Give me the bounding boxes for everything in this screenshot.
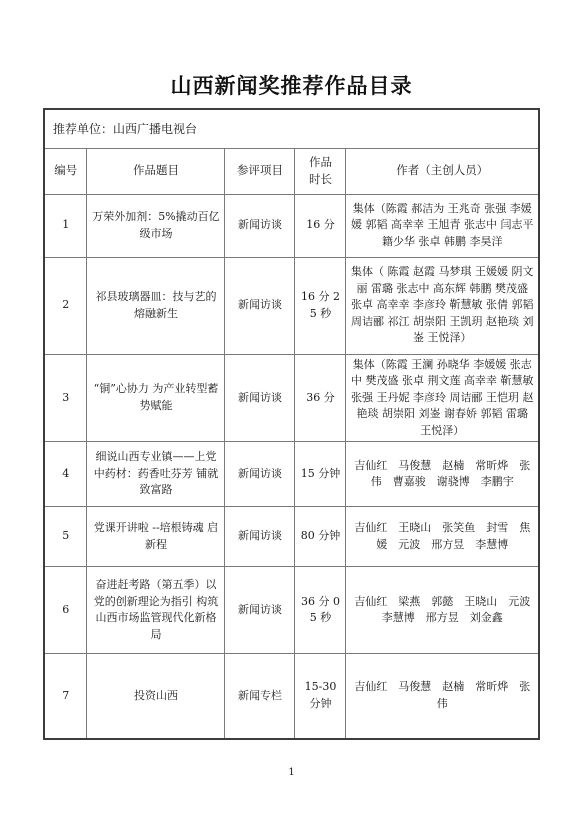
page-title: 山西新闻奖推荐作品目录 xyxy=(0,0,583,97)
table-row: 7 投资山西 新闻专栏 15-30 分钟 吉仙红 马俊慧 赵楠 常昕烨 张伟 xyxy=(44,654,539,739)
column-header-title: 作品题目 xyxy=(87,148,225,194)
cell-category: 新闻访谈 xyxy=(225,354,295,442)
table-header-row: 编号 作品题目 参评项目 作品 时长 作者（主创人员） xyxy=(44,148,539,194)
table-row: 5 党课开讲啦 --培根铸魂 启新程 新闻访谈 80 分钟 吉仙红 王晓山 张笑… xyxy=(44,507,539,567)
page-number: 1 xyxy=(0,767,583,778)
cell-duration: 15 分钟 xyxy=(295,442,346,507)
recommending-unit-label: 推荐单位：山西广播电视台 xyxy=(44,109,539,148)
cell-work-title: 投资山西 xyxy=(87,654,225,739)
cell-duration: 15-30 分钟 xyxy=(295,654,346,739)
column-header-duration: 作品 时长 xyxy=(295,148,346,194)
cell-category: 新闻访谈 xyxy=(225,507,295,567)
table-row: 2 祁县玻璃器皿：技与艺的熔融新生 新闻访谈 16 分 25 秒 集体（ 陈霞 … xyxy=(44,257,539,354)
cell-category: 新闻访谈 xyxy=(225,567,295,654)
cell-authors: 吉仙红 马俊慧 赵楠 常昕烨 张伟 xyxy=(346,654,539,739)
cell-duration: 16 分 25 秒 xyxy=(295,257,346,354)
cell-no: 1 xyxy=(44,194,87,257)
cell-work-title: 祁县玻璃器皿：技与艺的熔融新生 xyxy=(87,257,225,354)
cell-category: 新闻访谈 xyxy=(225,257,295,354)
cell-work-title: 奋进赶考路（第五季）以党的创新理论为指引 构筑山西市场监管现代化新格局 xyxy=(87,567,225,654)
recommending-unit-row: 推荐单位：山西广播电视台 xyxy=(44,109,539,148)
column-header-authors: 作者（主创人员） xyxy=(346,148,539,194)
cell-no: 2 xyxy=(44,257,87,354)
cell-no: 6 xyxy=(44,567,87,654)
cell-work-title: “铜”心协力 为产业转型蓄势赋能 xyxy=(87,354,225,442)
cell-no: 3 xyxy=(44,354,87,442)
cell-authors: 集体（陈霞 郝洁为 王兆奇 张强 李媛媛 郭韬 高幸幸 王旭青 张志中 闫志平 … xyxy=(346,194,539,257)
cell-duration: 36 分 xyxy=(295,354,346,442)
cell-authors: 吉仙红 王晓山 张笑鱼 封雪 焦媛 元波 邢方昱 李慧博 xyxy=(346,507,539,567)
cell-duration: 36 分 05 秒 xyxy=(295,567,346,654)
cell-no: 7 xyxy=(44,654,87,739)
cell-authors: 集体（陈霞 王澜 孙晓华 李媛媛 张志中 樊茂盛 张卓 荆文莲 高幸幸 靳慧敏 … xyxy=(346,354,539,442)
cell-authors: 集体（ 陈霞 赵霞 马梦琪 王媛媛 阴文丽 雷璐 张志中 高东辉 韩鹏 樊茂盛 … xyxy=(346,257,539,354)
cell-work-title: 党课开讲啦 --培根铸魂 启新程 xyxy=(87,507,225,567)
table-row: 1 万荣外加剂：5%撬动百亿级市场 新闻访谈 16 分 集体（陈霞 郝洁为 王兆… xyxy=(44,194,539,257)
cell-authors: 吉仙红 马俊慧 赵楠 常昕烨 张伟 曹嘉骏 谢骁博 李鹏宇 xyxy=(346,442,539,507)
cell-work-title: 万荣外加剂：5%撬动百亿级市场 xyxy=(87,194,225,257)
cell-category: 新闻访谈 xyxy=(225,442,295,507)
cell-category: 新闻访谈 xyxy=(225,194,295,257)
document-page: 山西新闻奖推荐作品目录 推荐单位：山西广播电视台 编号 作品题目 参评项目 作品… xyxy=(0,0,583,828)
cell-duration: 16 分 xyxy=(295,194,346,257)
table-row: 6 奋进赶考路（第五季）以党的创新理论为指引 构筑山西市场监管现代化新格局 新闻… xyxy=(44,567,539,654)
table-row: 4 细说山西专业镇——上党中药材：药香吐芬芳 铺就致富路 新闻访谈 15 分钟 … xyxy=(44,442,539,507)
table-row: 3 “铜”心协力 为产业转型蓄势赋能 新闻访谈 36 分 集体（陈霞 王澜 孙晓… xyxy=(44,354,539,442)
column-header-no: 编号 xyxy=(44,148,87,194)
column-header-category: 参评项目 xyxy=(225,148,295,194)
cell-authors: 吉仙红 梁燕 郭懿 王晓山 元波 李慧博 邢方昱 刘金鑫 xyxy=(346,567,539,654)
cell-no: 5 xyxy=(44,507,87,567)
works-table: 推荐单位：山西广播电视台 编号 作品题目 参评项目 作品 时长 作者（主创人员）… xyxy=(43,108,540,740)
cell-work-title: 细说山西专业镇——上党中药材：药香吐芬芳 铺就致富路 xyxy=(87,442,225,507)
cell-no: 4 xyxy=(44,442,87,507)
cell-category: 新闻专栏 xyxy=(225,654,295,739)
cell-duration: 80 分钟 xyxy=(295,507,346,567)
